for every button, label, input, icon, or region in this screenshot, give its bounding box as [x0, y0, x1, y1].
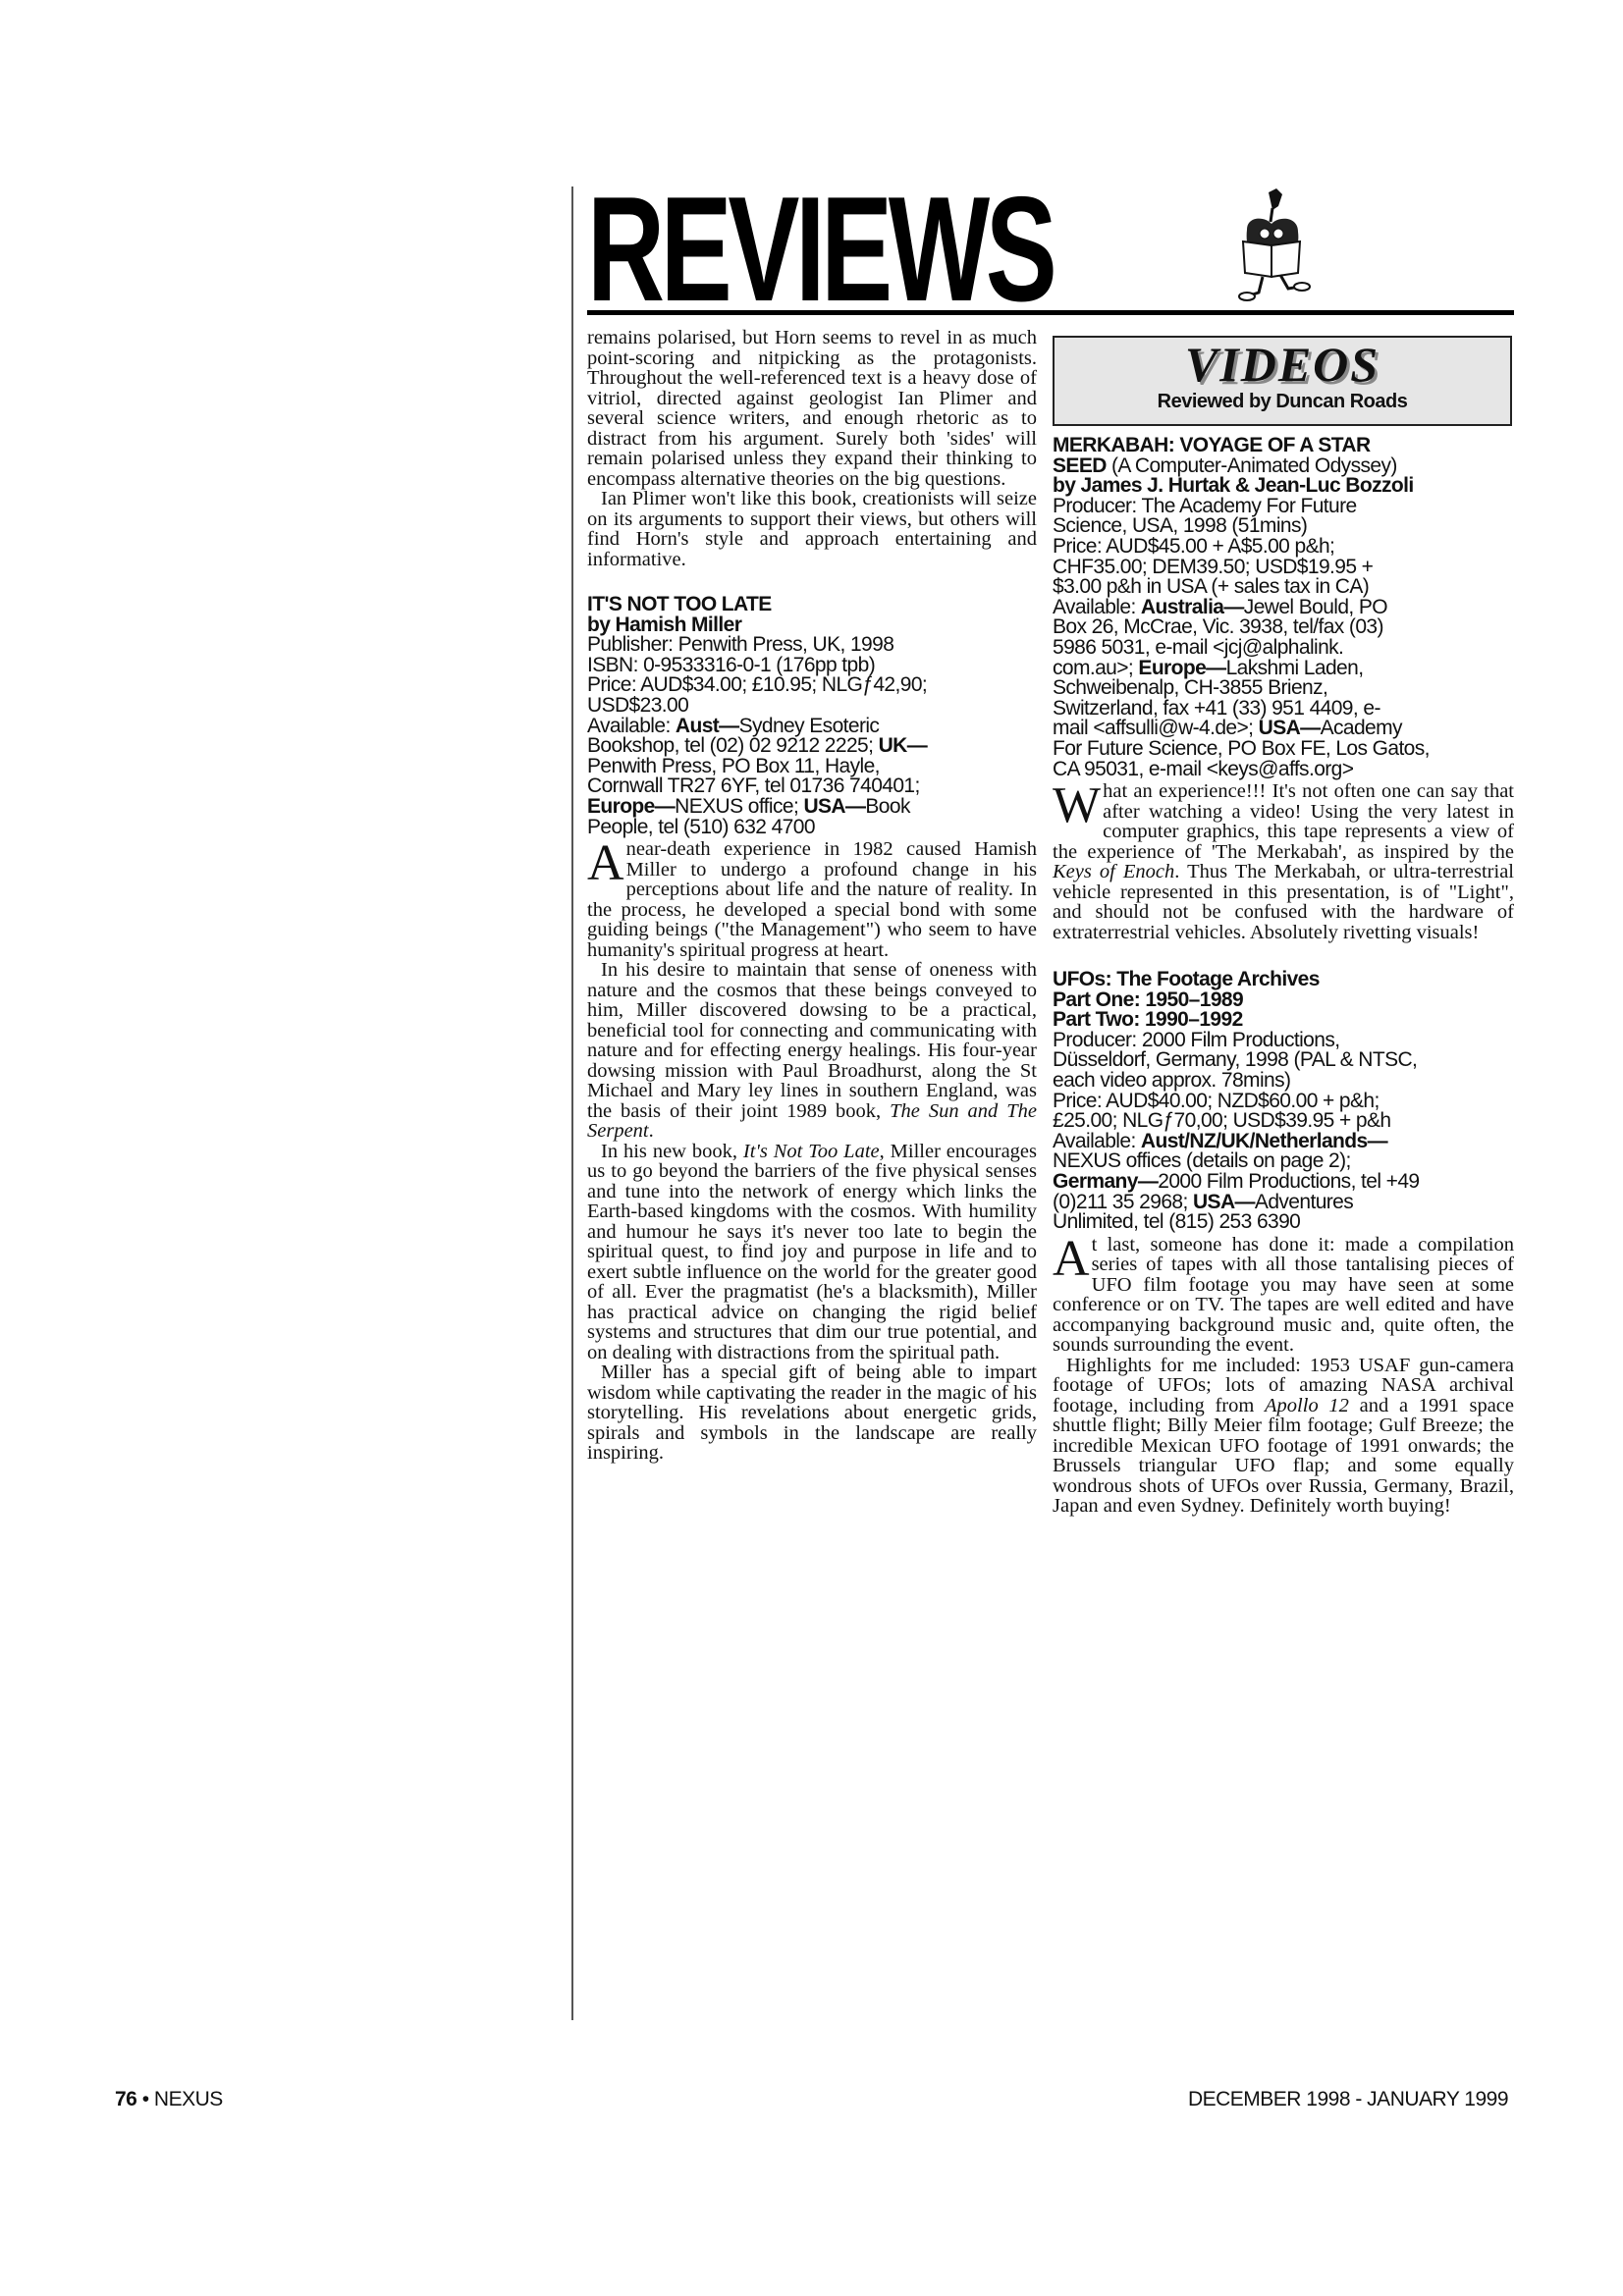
- masthead-rule: [587, 310, 1514, 315]
- book-review-body: Anear-death experience in 1982 caused Ha…: [587, 839, 1037, 1464]
- price-line: Price: AUD$34.00; £10.95; NLGƒ42,90;: [587, 675, 1037, 696]
- availability-line: CA 95031, e-mail <keys@affs.org>: [1053, 760, 1514, 780]
- column-divider-rule: [571, 187, 573, 2020]
- availability-line: Unlimited, tel (815) 253 6390: [1053, 1212, 1514, 1233]
- review-subtitle: Part Two: 1990–1992: [1053, 1010, 1514, 1031]
- review-author: by Hamish Miller: [587, 615, 1037, 636]
- reviewer-credit: Reviewed by Duncan Roads: [1055, 389, 1510, 414]
- body-paragraph: Highlights for me included: 1953 USAF gu…: [1053, 1356, 1514, 1517]
- price-line: USD$23.00: [587, 696, 1037, 717]
- section-title: VIDEOS: [1055, 338, 1510, 389]
- body-paragraph: In his desire to maintain that sense of …: [587, 960, 1037, 1142]
- page-footer-left: 76 • NEXUS: [115, 2088, 223, 2111]
- availability-line: (0)211 35 2968; USA—Adventures: [1053, 1193, 1514, 1213]
- page-title: REVIEWS: [587, 181, 1053, 318]
- price-line: Price: AUD$45.00 + A$5.00 p&h;: [1053, 537, 1514, 558]
- video1-header: MERKABAH: VOYAGE OF A STAR SEED (A Compu…: [1053, 436, 1514, 779]
- availability-line: Germany—2000 Film Productions, tel +49: [1053, 1172, 1514, 1193]
- availability-line: Schweibenalp, CH-3855 Brienz,: [1053, 678, 1514, 699]
- price-line: Price: AUD$40.00; NZD$60.00 + p&h;: [1053, 1092, 1514, 1112]
- producer-line: Düsseldorf, Germany, 1998 (PAL & NTSC,: [1053, 1050, 1514, 1071]
- availability-line: mail <affsulli@w-4.de>; USA—Academy: [1053, 719, 1514, 739]
- availability-line: Penwith Press, PO Box 11, Hayle,: [587, 757, 1037, 777]
- availability-line: 5986 5031, e-mail <jcj@alphalink.: [1053, 638, 1514, 659]
- bullet-separator: •: [142, 2088, 149, 2110]
- review-author: by James J. Hurtak & Jean-Luc Bozzoli: [1053, 476, 1514, 497]
- price-line: £25.00; NLGƒ70,00; USD$39.95 + p&h: [1053, 1111, 1514, 1132]
- availability-line: Europe—NEXUS office; USA—Book: [587, 797, 1037, 818]
- video2-body: At last, someone has done it: made a com…: [1053, 1235, 1514, 1517]
- video2-header: UFOs: The Footage Archives Part One: 195…: [1053, 970, 1514, 1233]
- drop-cap: A: [1053, 1237, 1090, 1279]
- publisher-line: Publisher: Penwith Press, UK, 1998: [587, 635, 1037, 656]
- body-paragraph: remains polarised, but Horn seems to rev…: [587, 328, 1037, 489]
- body-paragraph: Miller has a special gift of being able …: [587, 1362, 1037, 1464]
- body-paragraph: What an experience!!! It's not often one…: [1053, 781, 1514, 942]
- apple-reading-book-icon: [1217, 187, 1325, 306]
- availability-line: Switzerland, fax +41 (33) 951 4409, e-: [1053, 699, 1514, 720]
- magazine-name: NEXUS: [154, 2088, 223, 2110]
- review-title-line: SEED (A Computer-Animated Odyssey): [1053, 456, 1514, 477]
- producer-line: each video approx. 78mins): [1053, 1071, 1514, 1092]
- price-line: CHF35.00; DEM39.50; USD$19.95 +: [1053, 558, 1514, 578]
- book-review-header: IT'S NOT TOO LATE by Hamish Miller Publi…: [587, 595, 1037, 837]
- availability-line: For Future Science, PO Box FE, Los Gatos…: [1053, 739, 1514, 760]
- producer-line: Producer: The Academy For Future: [1053, 497, 1514, 517]
- issue-date: DECEMBER 1998 - JANUARY 1999: [1188, 2088, 1508, 2111]
- review-title: MERKABAH: VOYAGE OF A STAR: [1053, 436, 1514, 456]
- isbn-line: ISBN: 0-9533316-0-1 (176pp tpb): [587, 656, 1037, 676]
- availability-line: Box 26, McCrae, Vic. 3938, tel/fax (03): [1053, 617, 1514, 638]
- review-title: UFOs: The Footage Archives: [1053, 970, 1514, 990]
- availability-line: Available: Aust—Sydney Esoteric: [587, 717, 1037, 737]
- right-column: VIDEOS Reviewed by Duncan Roads MERKABAH…: [1053, 336, 1514, 1517]
- body-paragraph: In his new book, It's Not Too Late, Mill…: [587, 1142, 1037, 1363]
- availability-line: com.au>; Europe—Lakshmi Laden,: [1053, 659, 1514, 679]
- continued-review: remains polarised, but Horn seems to rev…: [587, 328, 1037, 569]
- body-paragraph: At last, someone has done it: made a com…: [1053, 1235, 1514, 1356]
- drop-cap: W: [1053, 783, 1101, 826]
- video1-body: What an experience!!! It's not often one…: [1053, 781, 1514, 942]
- review-subtitle: Part One: 1950–1989: [1053, 990, 1514, 1011]
- left-column: remains polarised, but Horn seems to rev…: [587, 328, 1037, 1464]
- masthead: REVIEWS: [587, 187, 1514, 318]
- producer-line: Producer: 2000 Film Productions,: [1053, 1031, 1514, 1051]
- videos-section-header: VIDEOS Reviewed by Duncan Roads: [1053, 336, 1512, 426]
- drop-cap: A: [587, 841, 624, 883]
- availability-line: Available: Aust/NZ/UK/Netherlands—: [1053, 1132, 1514, 1152]
- availability-line: People, tel (510) 632 4700: [587, 818, 1037, 838]
- producer-line: Science, USA, 1998 (51mins): [1053, 516, 1514, 537]
- body-paragraph: Anear-death experience in 1982 caused Ha…: [587, 839, 1037, 960]
- availability-line: Bookshop, tel (02) 02 9212 2225; UK—: [587, 736, 1037, 757]
- availability-line: Available: Australia—Jewel Bould, PO: [1053, 598, 1514, 618]
- body-paragraph: Ian Plimer won't like this book, creatio…: [587, 489, 1037, 569]
- review-title: IT'S NOT TOO LATE: [587, 595, 1037, 615]
- availability-line: Cornwall TR27 6YF, tel 01736 740401;: [587, 776, 1037, 797]
- availability-line: NEXUS offices (details on page 2);: [1053, 1151, 1514, 1172]
- page-number: 76: [115, 2088, 136, 2110]
- price-line: $3.00 p&h in USA (+ sales tax in CA): [1053, 577, 1514, 598]
